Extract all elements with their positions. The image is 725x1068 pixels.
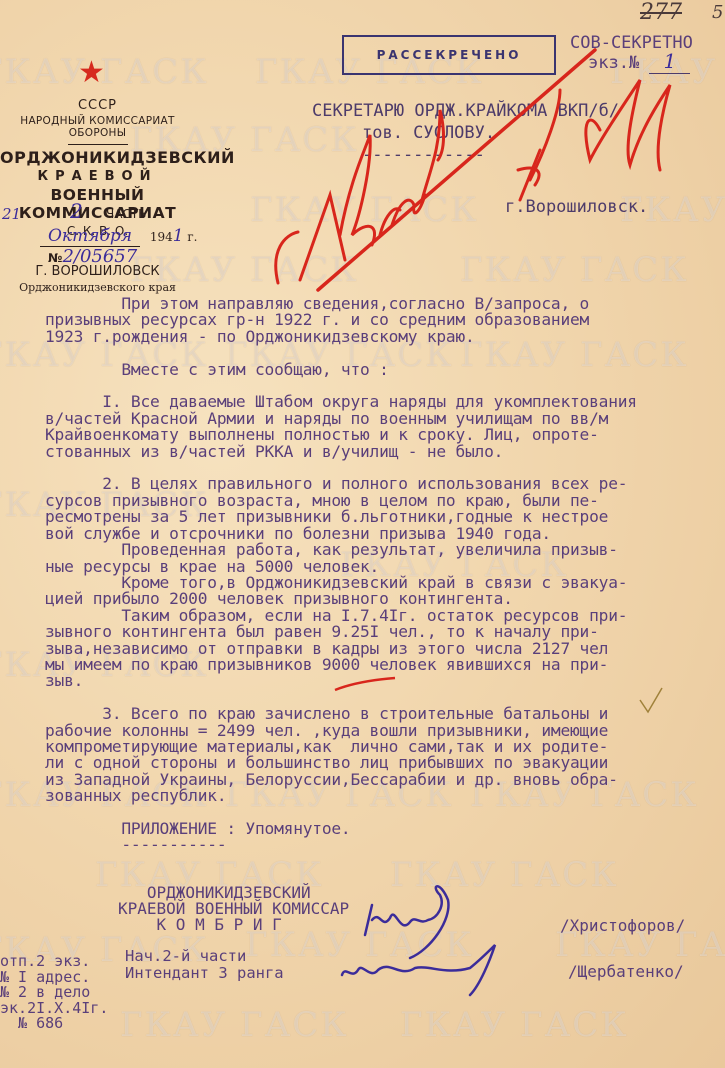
red-underline-mark — [335, 678, 395, 690]
red-resolution-handwriting — [276, 50, 670, 290]
pencil-check-icon — [640, 688, 662, 712]
signature-1 — [365, 886, 448, 958]
handwritten-annotations — [0, 0, 725, 1068]
